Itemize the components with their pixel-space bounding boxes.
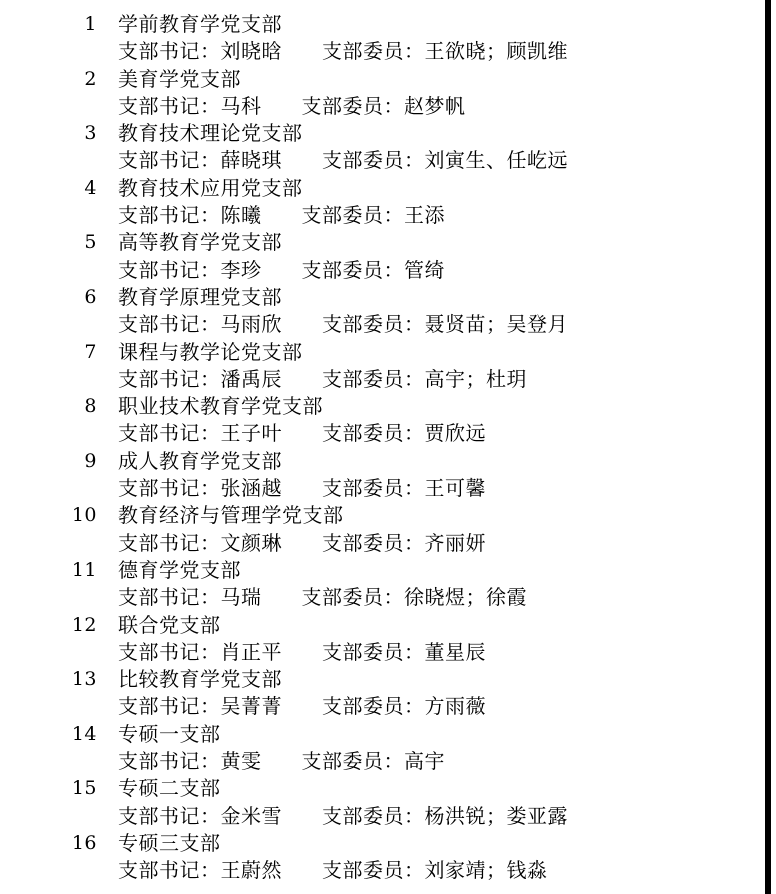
branch-detail: 支部书记：刘晓晗支部委员：王欲晓；顾凯维 bbox=[118, 38, 568, 65]
member-names: 刘寅生、任屹远 bbox=[425, 148, 569, 172]
secretary-label: 支部书记： bbox=[118, 749, 221, 773]
secretary-label: 支部书记： bbox=[118, 694, 221, 718]
secretary-label: 支部书记： bbox=[118, 421, 221, 445]
member-label: 支部委员： bbox=[322, 531, 425, 555]
branch-title-row: 8 职业技术教育学党支部 bbox=[0, 393, 776, 420]
branch-title-row: 14 专硕一支部 bbox=[0, 721, 776, 748]
branch-detail: 支部书记：文颜琳支部委员：齐丽妍 bbox=[118, 530, 486, 557]
branch-title-row: 15 专硕二支部 bbox=[0, 775, 776, 802]
branch-number: 9 bbox=[0, 448, 97, 475]
secretary-label: 支部书记： bbox=[118, 312, 221, 336]
branch-detail-row: 支部书记：潘禹辰支部委员：高宇；杜玥 bbox=[0, 366, 776, 393]
branch-number: 5 bbox=[0, 229, 97, 256]
secretary-field: 支部书记：王蔚然 bbox=[118, 858, 282, 882]
member-label: 支部委员： bbox=[322, 640, 425, 664]
branch-number: 14 bbox=[0, 721, 97, 748]
branch-name: 教育技术应用党支部 bbox=[118, 175, 303, 202]
branch-detail: 支部书记：王蔚然支部委员：刘家靖；钱淼 bbox=[118, 857, 548, 884]
secretary-label: 支部书记： bbox=[118, 203, 221, 227]
secretary-name: 王蔚然 bbox=[221, 858, 283, 882]
branch-number: 13 bbox=[0, 666, 97, 693]
member-label: 支部委员： bbox=[322, 858, 425, 882]
member-field: 支部委员：王欲晓；顾凯维 bbox=[322, 39, 568, 63]
branch-number-spacer bbox=[0, 93, 97, 120]
branch-item: 12 联合党支部 支部书记：肖正平支部委员：董星辰 bbox=[0, 612, 776, 667]
secretary-label: 支部书记： bbox=[118, 531, 221, 555]
branch-title-row: 16 专硕三支部 bbox=[0, 830, 776, 857]
branch-item: 13 比较教育学党支部 支部书记：吴菁菁支部委员：方雨薇 bbox=[0, 666, 776, 721]
branch-name: 教育学原理党支部 bbox=[118, 284, 282, 311]
member-names: 齐丽妍 bbox=[425, 531, 487, 555]
secretary-field: 支部书记：文颜琳 bbox=[118, 531, 282, 555]
branch-name: 专硕三支部 bbox=[118, 830, 221, 857]
member-label: 支部委员： bbox=[322, 804, 425, 828]
member-names: 贾欣远 bbox=[425, 421, 487, 445]
page-right-edge bbox=[765, 0, 771, 894]
branch-detail-row: 支部书记：马雨欣支部委员：聂贤苗；吴登月 bbox=[0, 311, 776, 338]
member-label: 支部委员： bbox=[322, 421, 425, 445]
secretary-label: 支部书记： bbox=[118, 148, 221, 172]
branch-detail: 支部书记：黄雯支部委员：高宇 bbox=[118, 748, 445, 775]
branch-number: 6 bbox=[0, 284, 97, 311]
document-page: 1 学前教育学党支部 支部书记：刘晓晗支部委员：王欲晓；顾凯维 2 美育学党支部… bbox=[0, 0, 776, 885]
branch-item: 14 专硕一支部 支部书记：黄雯支部委员：高宇 bbox=[0, 721, 776, 776]
secretary-name: 刘晓晗 bbox=[221, 39, 283, 63]
branch-name: 学前教育学党支部 bbox=[118, 11, 282, 38]
secretary-field: 支部书记：黄雯 bbox=[118, 749, 262, 773]
branch-detail: 支部书记：陈曦支部委员：王添 bbox=[118, 202, 445, 229]
member-label: 支部委员： bbox=[302, 203, 405, 227]
member-field: 支部委员：刘家靖；钱淼 bbox=[322, 858, 548, 882]
member-names: 赵梦帆 bbox=[404, 94, 466, 118]
branch-detail: 支部书记：王子叶支部委员：贾欣远 bbox=[118, 420, 486, 447]
branch-detail: 支部书记：张涵越支部委员：王可馨 bbox=[118, 475, 486, 502]
member-field: 支部委员：管绮 bbox=[302, 258, 446, 282]
member-field: 支部委员：董星辰 bbox=[322, 640, 486, 664]
secretary-name: 薛晓琪 bbox=[221, 148, 283, 172]
branch-title-row: 12 联合党支部 bbox=[0, 612, 776, 639]
branch-item: 15 专硕二支部 支部书记：金米雪支部委员：杨洪锐；娄亚露 bbox=[0, 775, 776, 830]
branch-detail-row: 支部书记：肖正平支部委员：董星辰 bbox=[0, 639, 776, 666]
branch-number-spacer bbox=[0, 147, 97, 174]
branch-detail: 支部书记：潘禹辰支部委员：高宇；杜玥 bbox=[118, 366, 527, 393]
member-field: 支部委员：刘寅生、任屹远 bbox=[322, 148, 568, 172]
secretary-name: 李珍 bbox=[221, 258, 262, 282]
branch-title-row: 7 课程与教学论党支部 bbox=[0, 339, 776, 366]
member-names: 王可馨 bbox=[425, 476, 487, 500]
secretary-field: 支部书记：陈曦 bbox=[118, 203, 262, 227]
branch-item: 16 专硕三支部 支部书记：王蔚然支部委员：刘家靖；钱淼 bbox=[0, 830, 776, 885]
branch-name: 联合党支部 bbox=[118, 612, 221, 639]
branch-name: 教育技术理论党支部 bbox=[118, 120, 303, 147]
branch-name: 成人教育学党支部 bbox=[118, 448, 282, 475]
member-field: 支部委员：贾欣远 bbox=[322, 421, 486, 445]
branch-number-spacer bbox=[0, 311, 97, 338]
branch-number-spacer bbox=[0, 38, 97, 65]
branch-item: 4 教育技术应用党支部 支部书记：陈曦支部委员：王添 bbox=[0, 175, 776, 230]
branch-number-spacer bbox=[0, 366, 97, 393]
branch-detail-row: 支部书记：王蔚然支部委员：刘家靖；钱淼 bbox=[0, 857, 776, 884]
secretary-field: 支部书记：张涵越 bbox=[118, 476, 282, 500]
branch-item: 5 高等教育学党支部 支部书记：李珍支部委员：管绮 bbox=[0, 229, 776, 284]
member-field: 支部委员：聂贤苗；吴登月 bbox=[322, 312, 568, 336]
secretary-label: 支部书记： bbox=[118, 858, 221, 882]
secretary-name: 陈曦 bbox=[221, 203, 262, 227]
branch-detail-row: 支部书记：张涵越支部委员：王可馨 bbox=[0, 475, 776, 502]
branch-number: 7 bbox=[0, 339, 97, 366]
branch-name: 课程与教学论党支部 bbox=[118, 339, 303, 366]
member-label: 支部委员： bbox=[322, 694, 425, 718]
member-field: 支部委员：高宇；杜玥 bbox=[322, 367, 527, 391]
member-label: 支部委员： bbox=[302, 749, 405, 773]
branch-number: 16 bbox=[0, 830, 97, 857]
secretary-name: 马瑞 bbox=[221, 585, 262, 609]
branch-title-row: 3 教育技术理论党支部 bbox=[0, 120, 776, 147]
branch-item: 7 课程与教学论党支部 支部书记：潘禹辰支部委员：高宇；杜玥 bbox=[0, 339, 776, 394]
branch-name: 比较教育学党支部 bbox=[118, 666, 282, 693]
branch-number: 12 bbox=[0, 612, 97, 639]
branch-item: 10 教育经济与管理学党支部 支部书记：文颜琳支部委员：齐丽妍 bbox=[0, 502, 776, 557]
branch-title-row: 9 成人教育学党支部 bbox=[0, 448, 776, 475]
member-label: 支部委员： bbox=[302, 258, 405, 282]
branch-number-spacer bbox=[0, 530, 97, 557]
secretary-field: 支部书记：马瑞 bbox=[118, 585, 262, 609]
member-label: 支部委员： bbox=[322, 148, 425, 172]
secretary-field: 支部书记：潘禹辰 bbox=[118, 367, 282, 391]
member-names: 高宇；杜玥 bbox=[425, 367, 528, 391]
secretary-field: 支部书记：李珍 bbox=[118, 258, 262, 282]
branch-detail-row: 支部书记：文颜琳支部委员：齐丽妍 bbox=[0, 530, 776, 557]
member-field: 支部委员：方雨薇 bbox=[322, 694, 486, 718]
secretary-field: 支部书记：王子叶 bbox=[118, 421, 282, 445]
branch-item: 3 教育技术理论党支部 支部书记：薛晓琪支部委员：刘寅生、任屹远 bbox=[0, 120, 776, 175]
branch-item: 9 成人教育学党支部 支部书记：张涵越支部委员：王可馨 bbox=[0, 448, 776, 503]
branch-number: 10 bbox=[0, 502, 97, 529]
branch-number: 15 bbox=[0, 775, 97, 802]
branch-detail-row: 支部书记：李珍支部委员：管绮 bbox=[0, 257, 776, 284]
branch-detail: 支部书记：吴菁菁支部委员：方雨薇 bbox=[118, 693, 486, 720]
member-names: 管绮 bbox=[404, 258, 445, 282]
secretary-name: 金米雪 bbox=[221, 804, 283, 828]
branch-number-spacer bbox=[0, 639, 97, 666]
secretary-name: 潘禹辰 bbox=[221, 367, 283, 391]
secretary-field: 支部书记：金米雪 bbox=[118, 804, 282, 828]
branch-item: 11 德育学党支部 支部书记：马瑞支部委员：徐晓煜；徐霞 bbox=[0, 557, 776, 612]
branch-detail-row: 支部书记：金米雪支部委员：杨洪锐；娄亚露 bbox=[0, 803, 776, 830]
branch-name: 高等教育学党支部 bbox=[118, 229, 282, 256]
branch-title-row: 1 学前教育学党支部 bbox=[0, 11, 776, 38]
member-label: 支部委员： bbox=[302, 585, 405, 609]
branch-detail-row: 支部书记：马瑞支部委员：徐晓煜；徐霞 bbox=[0, 584, 776, 611]
branch-number: 3 bbox=[0, 120, 97, 147]
member-names: 徐晓煜；徐霞 bbox=[404, 585, 527, 609]
branch-detail-row: 支部书记：王子叶支部委员：贾欣远 bbox=[0, 420, 776, 447]
branch-number-spacer bbox=[0, 475, 97, 502]
member-field: 支部委员：赵梦帆 bbox=[302, 94, 466, 118]
branch-number: 8 bbox=[0, 393, 97, 420]
branch-number: 11 bbox=[0, 557, 97, 584]
secretary-label: 支部书记： bbox=[118, 258, 221, 282]
secretary-name: 马雨欣 bbox=[221, 312, 283, 336]
member-names: 方雨薇 bbox=[425, 694, 487, 718]
member-field: 支部委员：王可馨 bbox=[322, 476, 486, 500]
member-names: 聂贤苗；吴登月 bbox=[425, 312, 569, 336]
secretary-field: 支部书记：刘晓晗 bbox=[118, 39, 282, 63]
member-label: 支部委员： bbox=[322, 39, 425, 63]
member-label: 支部委员： bbox=[322, 476, 425, 500]
branch-number-spacer bbox=[0, 420, 97, 447]
member-label: 支部委员： bbox=[302, 94, 405, 118]
member-label: 支部委员： bbox=[322, 312, 425, 336]
secretary-field: 支部书记：薛晓琪 bbox=[118, 148, 282, 172]
branch-number-spacer bbox=[0, 748, 97, 775]
member-names: 王欲晓；顾凯维 bbox=[425, 39, 569, 63]
secretary-name: 文颜琳 bbox=[221, 531, 283, 555]
branch-detail: 支部书记：马科支部委员：赵梦帆 bbox=[118, 93, 466, 120]
branch-number-spacer bbox=[0, 257, 97, 284]
member-field: 支部委员：杨洪锐；娄亚露 bbox=[322, 804, 568, 828]
branch-detail: 支部书记：马瑞支部委员：徐晓煜；徐霞 bbox=[118, 584, 527, 611]
branch-number-spacer bbox=[0, 584, 97, 611]
branch-detail: 支部书记：薛晓琪支部委员：刘寅生、任屹远 bbox=[118, 147, 568, 174]
member-field: 支部委员：徐晓煜；徐霞 bbox=[302, 585, 528, 609]
branch-name: 美育学党支部 bbox=[118, 66, 241, 93]
member-names: 刘家靖；钱淼 bbox=[425, 858, 548, 882]
secretary-label: 支部书记： bbox=[118, 585, 221, 609]
branch-number-spacer bbox=[0, 202, 97, 229]
branch-number-spacer bbox=[0, 857, 97, 884]
branch-detail: 支部书记：肖正平支部委员：董星辰 bbox=[118, 639, 486, 666]
secretary-name: 马科 bbox=[221, 94, 262, 118]
member-label: 支部委员： bbox=[322, 367, 425, 391]
branch-detail: 支部书记：马雨欣支部委员：聂贤苗；吴登月 bbox=[118, 311, 568, 338]
branch-number: 4 bbox=[0, 175, 97, 202]
branch-detail: 支部书记：金米雪支部委员：杨洪锐；娄亚露 bbox=[118, 803, 568, 830]
secretary-label: 支部书记： bbox=[118, 640, 221, 664]
branch-name: 德育学党支部 bbox=[118, 557, 241, 584]
branch-item: 2 美育学党支部 支部书记：马科支部委员：赵梦帆 bbox=[0, 66, 776, 121]
member-names: 高宇 bbox=[404, 749, 445, 773]
branch-item: 1 学前教育学党支部 支部书记：刘晓晗支部委员：王欲晓；顾凯维 bbox=[0, 11, 776, 66]
branch-name: 职业技术教育学党支部 bbox=[118, 393, 323, 420]
secretary-label: 支部书记： bbox=[118, 367, 221, 391]
branch-name: 教育经济与管理学党支部 bbox=[118, 502, 344, 529]
branch-title-row: 4 教育技术应用党支部 bbox=[0, 175, 776, 202]
secretary-name: 张涵越 bbox=[221, 476, 283, 500]
branch-detail-row: 支部书记：马科支部委员：赵梦帆 bbox=[0, 93, 776, 120]
secretary-field: 支部书记：马雨欣 bbox=[118, 312, 282, 336]
branch-detail-row: 支部书记：刘晓晗支部委员：王欲晓；顾凯维 bbox=[0, 38, 776, 65]
branch-item: 8 职业技术教育学党支部 支部书记：王子叶支部委员：贾欣远 bbox=[0, 393, 776, 448]
branch-title-row: 6 教育学原理党支部 bbox=[0, 284, 776, 311]
branch-item: 6 教育学原理党支部 支部书记：马雨欣支部委员：聂贤苗；吴登月 bbox=[0, 284, 776, 339]
member-names: 杨洪锐；娄亚露 bbox=[425, 804, 569, 828]
secretary-label: 支部书记： bbox=[118, 804, 221, 828]
branch-title-row: 10 教育经济与管理学党支部 bbox=[0, 502, 776, 529]
member-names: 董星辰 bbox=[425, 640, 487, 664]
branch-detail-row: 支部书记：黄雯支部委员：高宇 bbox=[0, 748, 776, 775]
branch-number: 1 bbox=[0, 11, 97, 38]
secretary-field: 支部书记：吴菁菁 bbox=[118, 694, 282, 718]
branch-title-row: 13 比较教育学党支部 bbox=[0, 666, 776, 693]
secretary-label: 支部书记： bbox=[118, 94, 221, 118]
branch-detail-row: 支部书记：薛晓琪支部委员：刘寅生、任屹远 bbox=[0, 147, 776, 174]
branch-detail: 支部书记：李珍支部委员：管绮 bbox=[118, 257, 445, 284]
secretary-field: 支部书记：马科 bbox=[118, 94, 262, 118]
secretary-name: 王子叶 bbox=[221, 421, 283, 445]
branch-number: 2 bbox=[0, 66, 97, 93]
branch-title-row: 11 德育学党支部 bbox=[0, 557, 776, 584]
branch-detail-row: 支部书记：吴菁菁支部委员：方雨薇 bbox=[0, 693, 776, 720]
secretary-label: 支部书记： bbox=[118, 476, 221, 500]
secretary-name: 黄雯 bbox=[221, 749, 262, 773]
branch-name: 专硕二支部 bbox=[118, 775, 221, 802]
branch-name: 专硕一支部 bbox=[118, 721, 221, 748]
branch-detail-row: 支部书记：陈曦支部委员：王添 bbox=[0, 202, 776, 229]
branch-number-spacer bbox=[0, 803, 97, 830]
member-field: 支部委员：王添 bbox=[302, 203, 446, 227]
member-field: 支部委员：高宇 bbox=[302, 749, 446, 773]
secretary-field: 支部书记：肖正平 bbox=[118, 640, 282, 664]
member-field: 支部委员：齐丽妍 bbox=[322, 531, 486, 555]
secretary-label: 支部书记： bbox=[118, 39, 221, 63]
branch-title-row: 5 高等教育学党支部 bbox=[0, 229, 776, 256]
branch-title-row: 2 美育学党支部 bbox=[0, 66, 776, 93]
secretary-name: 肖正平 bbox=[221, 640, 283, 664]
member-names: 王添 bbox=[404, 203, 445, 227]
branch-list: 1 学前教育学党支部 支部书记：刘晓晗支部委员：王欲晓；顾凯维 2 美育学党支部… bbox=[0, 11, 776, 885]
branch-number-spacer bbox=[0, 693, 97, 720]
secretary-name: 吴菁菁 bbox=[221, 694, 283, 718]
